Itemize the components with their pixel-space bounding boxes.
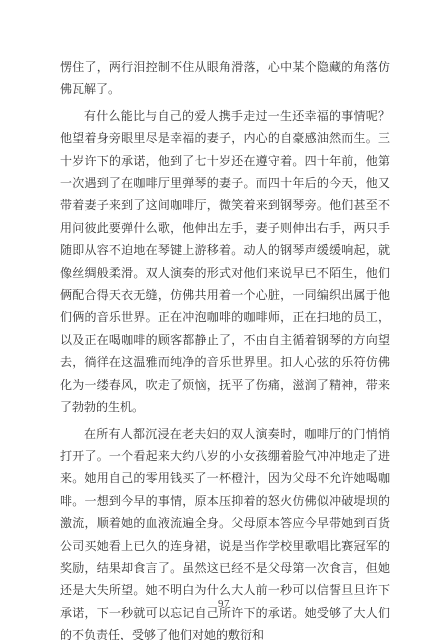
paragraph: 有什么能比与自己的爱人携手走过一生还幸福的事情呢？他望着身旁眼里尽是幸福的妻子，… [60,105,390,419]
page-number: 97 [0,598,448,610]
page-text-block: 愣住了，两行泪控制不住从眼角滑落，心中某个隐藏的角落仿佛瓦解了。 有什么能比与自… [60,56,390,640]
book-page: 愣住了，两行泪控制不住从眼角滑落，心中某个隐藏的角落仿佛瓦解了。 有什么能比与自… [0,0,448,640]
paragraph-continuation: 愣住了，两行泪控制不住从眼角滑落，心中某个隐藏的角落仿佛瓦解了。 [60,56,390,101]
